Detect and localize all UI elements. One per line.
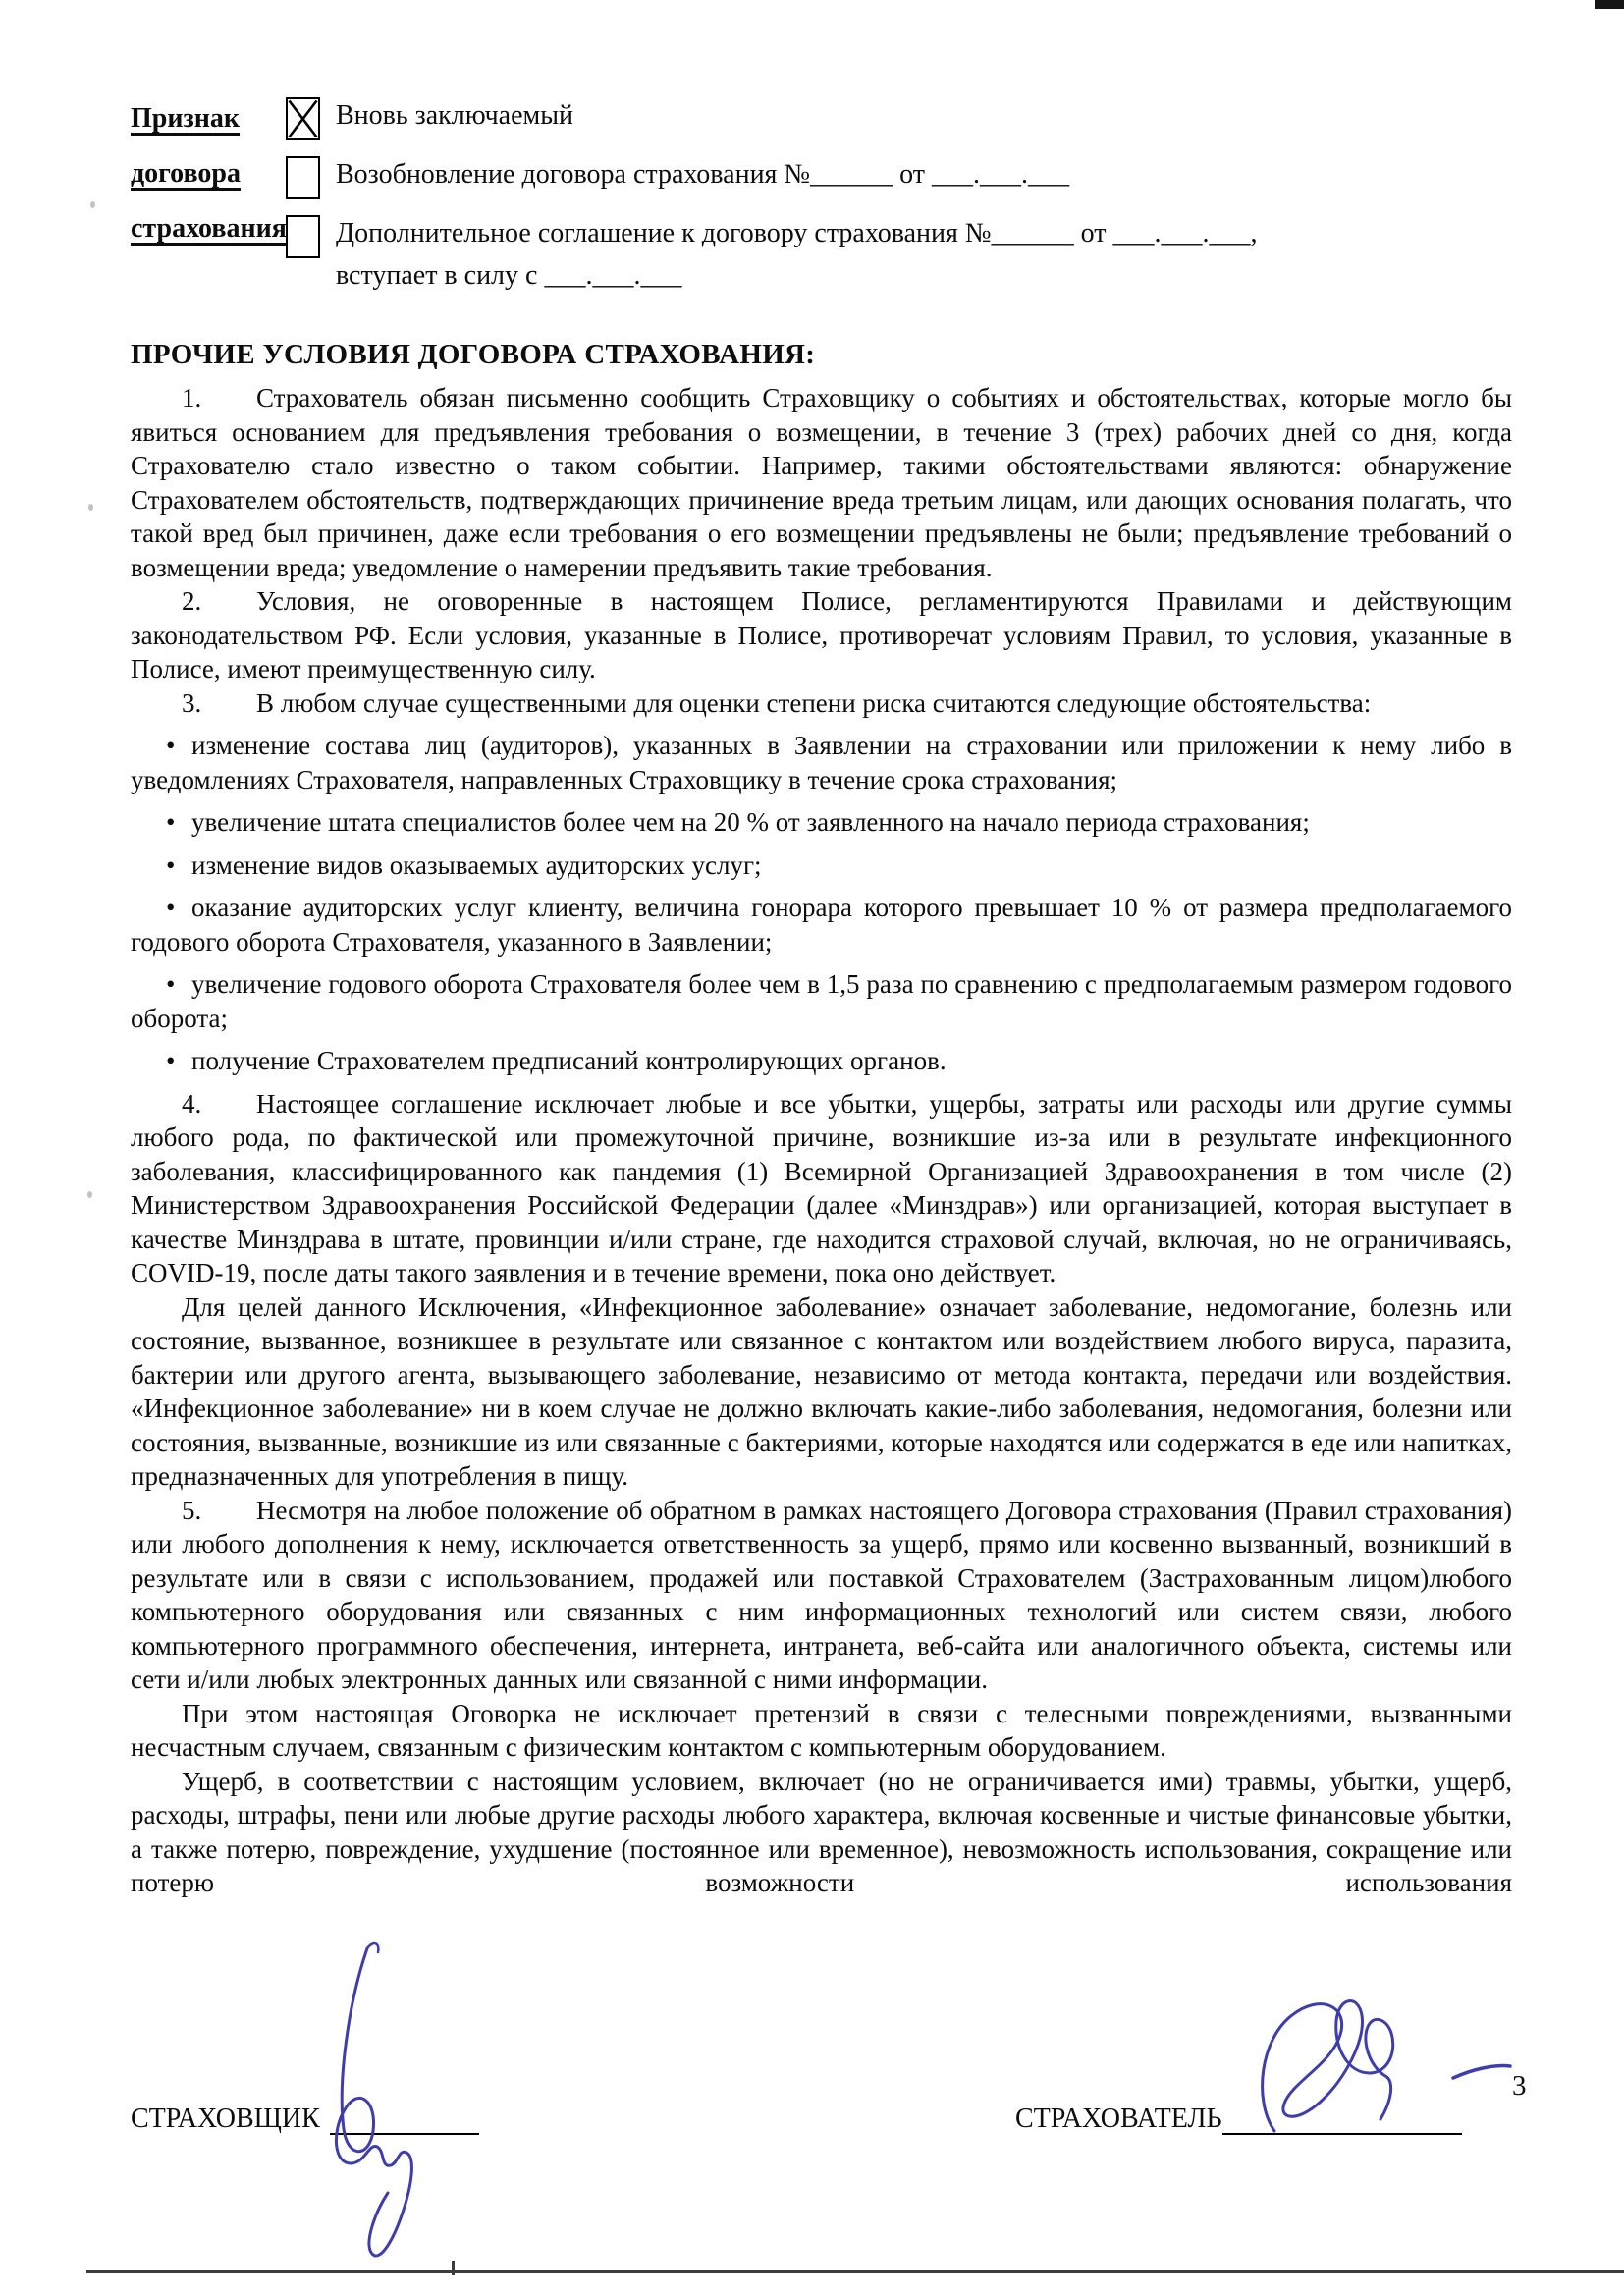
- paragraph-number: 4.: [182, 1087, 256, 1121]
- page-content: Признак договора страхования: Вновь закл…: [131, 94, 1512, 1900]
- option-label: Вновь заключаемый: [336, 94, 573, 137]
- bullet-icon: •: [166, 805, 191, 840]
- document-page: Признак договора страхования: Вновь закл…: [0, 0, 1624, 2296]
- paragraph-plain: Ущерб, в соответствии с настоящим услови…: [131, 1765, 1512, 1900]
- insurer-signature-line[interactable]: [330, 2104, 479, 2135]
- paragraph-text: При этом настоящая Оговорка не исключает…: [131, 1699, 1512, 1763]
- insured-label: СТРАХОВАТЕЛЬ: [1015, 2104, 1222, 2134]
- insured-signature-line[interactable]: [1222, 2104, 1462, 2135]
- insurer-label: СТРАХОВЩИК: [131, 2104, 320, 2134]
- contract-type-label-line: Признак: [131, 103, 240, 134]
- contract-type-options: Вновь заключаемыйВозобновление договора …: [286, 94, 1512, 309]
- checkbox[interactable]: [286, 215, 320, 258]
- checkbox-checked[interactable]: [286, 97, 320, 140]
- bullet-icon: •: [166, 891, 191, 925]
- paragraph-numbered: 4.Настоящее соглашение исключает любые и…: [131, 1087, 1512, 1290]
- option-label: Дополнительное соглашение к договору стр…: [336, 212, 1257, 297]
- bullet-icon: •: [166, 729, 191, 763]
- paragraph-text: оказание аудиторских услуг клиенту, вели…: [131, 893, 1512, 957]
- scan-speck: [90, 201, 95, 208]
- scan-artifact-corner: [1595, 0, 1624, 9]
- paragraph-numbered: 1.Страхователь обязан письменно сообщить…: [131, 381, 1512, 584]
- section-title: ПРОЧИЕ УСЛОВИЯ ДОГОВОРА СТРАХОВАНИЯ:: [131, 339, 1512, 371]
- paragraph-bullet: •получение Страхователем предписаний кон…: [131, 1044, 1512, 1078]
- bullet-icon: •: [166, 1044, 191, 1078]
- insured-signature-block: СТРАХОВАТЕЛЬ: [1015, 2104, 1462, 2135]
- paragraph-plain: При этом настоящая Оговорка не исключает…: [131, 1697, 1512, 1765]
- contract-type-option: Вновь заключаемый: [286, 94, 1512, 140]
- paragraph-text: Ущерб, в соответствии с настоящим услови…: [131, 1767, 1512, 1898]
- paragraph-text: изменение состава лиц (аудиторов), указа…: [131, 731, 1512, 794]
- insured-signature: [1245, 1982, 1540, 2168]
- paragraph-bullet: •изменение состава лиц (аудиторов), указ…: [131, 729, 1512, 796]
- checkbox-x-icon: [288, 99, 318, 138]
- bullet-icon: •: [166, 848, 191, 883]
- terms-paragraphs: 1.Страхователь обязан письменно сообщить…: [131, 381, 1512, 1900]
- paragraph-bullet: •увеличение штата специалистов более чем…: [131, 805, 1512, 840]
- paragraph-bullet: •оказание аудиторских услуг клиенту, вел…: [131, 891, 1512, 958]
- checkbox[interactable]: [286, 156, 320, 199]
- paragraph-text: Для целей данного Исключения, «Инфекцион…: [131, 1292, 1512, 1492]
- contract-type-label: Признак договора страхования:: [131, 94, 286, 309]
- scan-speck: [87, 1191, 92, 1198]
- paragraph-text: Условия, не оговоренные в настоящем Поли…: [131, 586, 1512, 683]
- paragraph-text: увеличение штата специалистов более чем …: [191, 807, 1310, 837]
- contract-type-option: Дополнительное соглашение к договору стр…: [286, 212, 1512, 297]
- contract-type-label-line: страхования:: [131, 213, 296, 244]
- paragraph-text: Настоящее соглашение исключает любые и в…: [131, 1089, 1512, 1288]
- insurer-signature-block: СТРАХОВЩИК: [131, 2104, 479, 2135]
- paragraph-text: В любом случае существенными для оценки …: [256, 688, 1371, 718]
- option-label: Возобновление договора страхования №____…: [336, 153, 1069, 195]
- contract-type-option: Возобновление договора страхования №____…: [286, 153, 1512, 199]
- scan-artifact-bottom-tick: [452, 2261, 455, 2275]
- contract-type-label-line: договора: [131, 158, 241, 189]
- paragraph-number: 3.: [182, 686, 256, 721]
- paragraph-number: 2.: [182, 584, 256, 619]
- paragraph-plain: Для целей данного Исключения, «Инфекцион…: [131, 1290, 1512, 1494]
- option-label-continuation: вступает в силу с ___.___.___: [336, 260, 681, 291]
- paragraph-text: получение Страхователем предписаний конт…: [191, 1046, 947, 1075]
- paragraph-numbered: 5.Несмотря на любое положение об обратно…: [131, 1494, 1512, 1697]
- paragraph-numbered: 3.В любом случае существенными для оценк…: [131, 686, 1512, 721]
- page-number: 3: [1512, 2070, 1527, 2103]
- bullet-icon: •: [166, 967, 191, 1002]
- paragraph-text: Несмотря на любое положение об обратном …: [131, 1496, 1512, 1695]
- paragraph-number: 5.: [182, 1494, 256, 1528]
- paragraph-text: изменение видов оказываемых аудиторских …: [191, 850, 762, 880]
- contract-type-section: Признак договора страхования: Вновь закл…: [131, 94, 1512, 309]
- paragraph-numbered: 2.Условия, не оговоренные в настоящем По…: [131, 584, 1512, 686]
- paragraph-bullet: •изменение видов оказываемых аудиторских…: [131, 848, 1512, 883]
- scan-artifact-bottom-line: [86, 2270, 1624, 2273]
- scan-speck: [88, 504, 93, 511]
- paragraph-text: Страхователь обязан письменно сообщить С…: [131, 383, 1512, 582]
- paragraph-bullet: •увеличение годового оборота Страховател…: [131, 967, 1512, 1035]
- paragraph-number: 1.: [182, 381, 256, 415]
- paragraph-text: увеличение годового оборота Страхователя…: [131, 969, 1512, 1033]
